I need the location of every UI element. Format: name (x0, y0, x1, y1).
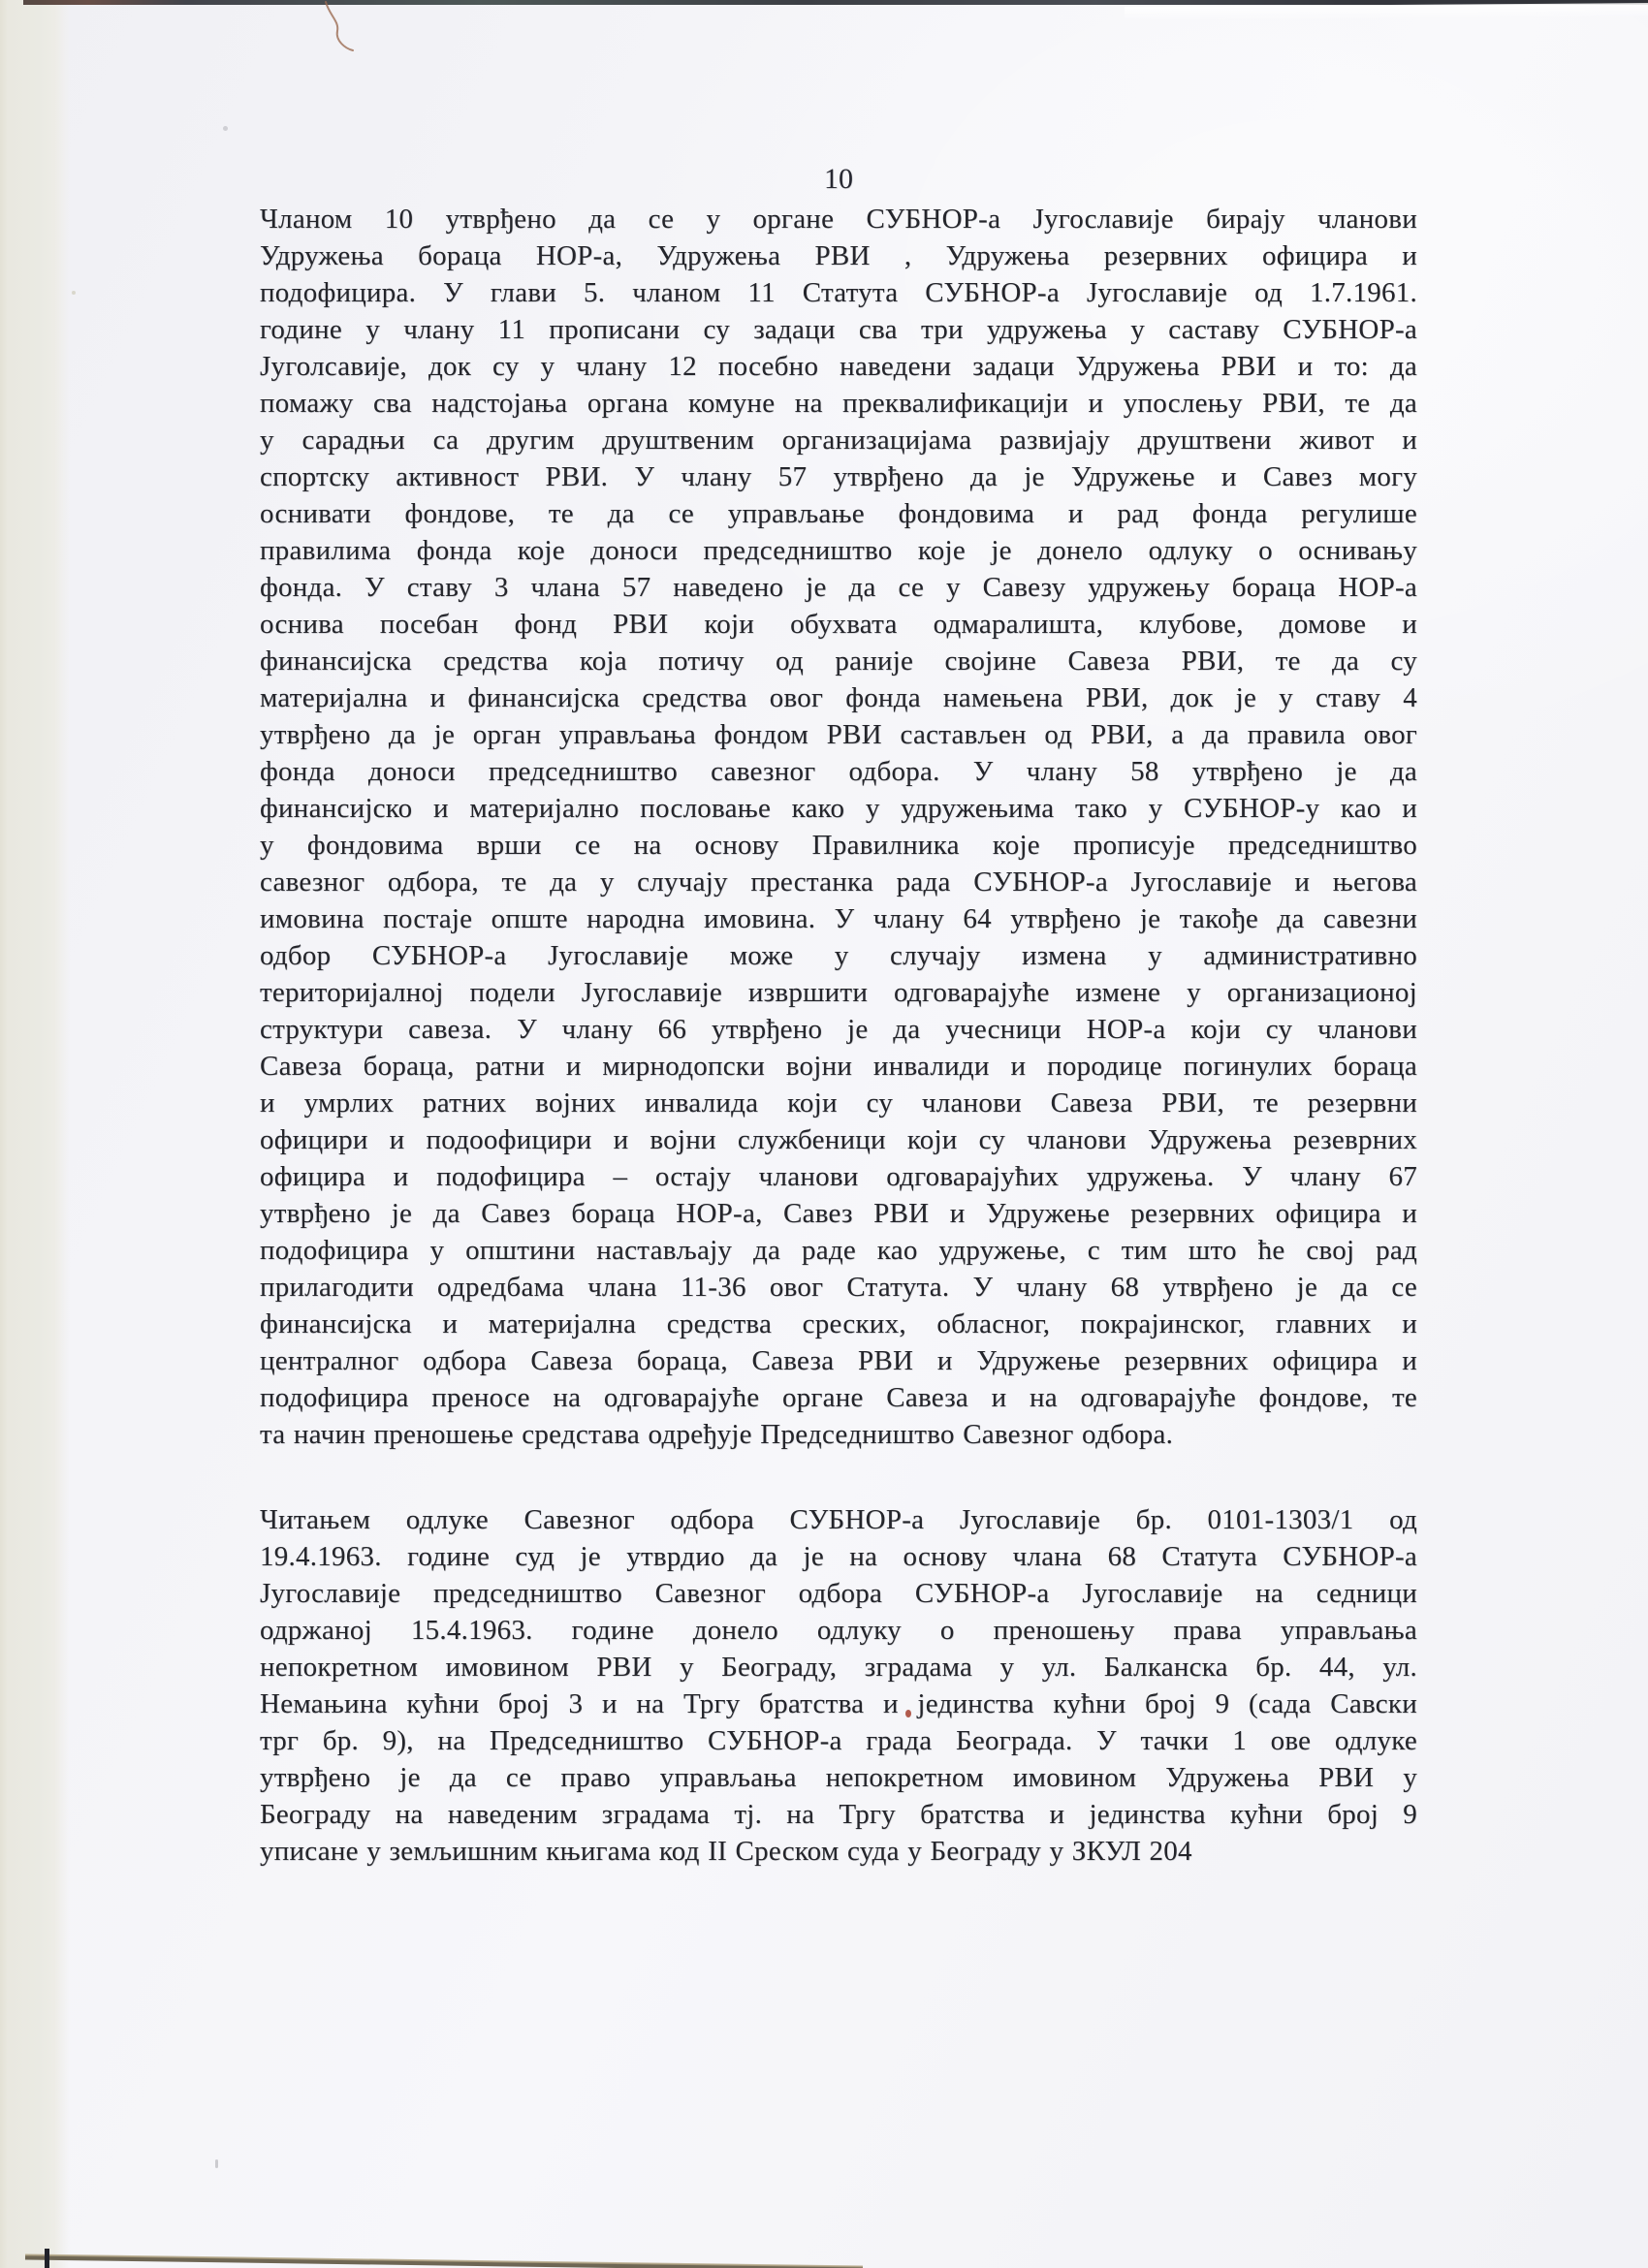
text-line: материјална и финансијска средства овог … (260, 679, 1417, 716)
text-line: године у члану 11 прописани су задаци св… (260, 311, 1417, 348)
text-line: Немањина кућни број 3 и на Тргу братства… (260, 1685, 1417, 1722)
text-line: савезног одбора, те да у случају престан… (260, 864, 1417, 900)
text-line: утврђено је да се право управљања непокр… (260, 1759, 1417, 1796)
page-bottom-edge-shadow (0, 2245, 892, 2268)
text-line: територијалној подели Југославије изврши… (260, 974, 1417, 1011)
text-line: Југославије председништво Савезног одбор… (260, 1575, 1417, 1612)
text-line: финансијска средства која потичу од рани… (260, 643, 1417, 679)
text-line: подофицира преносе на одговарајуће орган… (260, 1379, 1417, 1416)
text-line: Читањем одлуке Савезног одбора СУБНОР-а … (260, 1501, 1417, 1538)
text-line: подофицира. У глави 5. чланом 11 Статута… (260, 274, 1417, 311)
text-line: и умрлих ратних војних инвалида који су … (260, 1085, 1417, 1121)
text-line: официри и подоофицири и војни службеници… (260, 1121, 1417, 1158)
text-line: утврђено да је орган управљања фондом РВ… (260, 716, 1417, 753)
text-line: фонда доноси председништво савезног одбо… (260, 753, 1417, 790)
text-line: Београду на наведеним зградама тј. на Тр… (260, 1796, 1417, 1833)
text-line: Удружења бораца НОР-а, Удружења РВИ , Уд… (260, 237, 1417, 274)
text-line: правилима фонда које доноси председништв… (260, 532, 1417, 569)
text-line: прилагодити одредбама члана 11-36 овог С… (260, 1269, 1417, 1306)
text-line: одбор СУБНОР-а Југославије може у случај… (260, 937, 1417, 974)
text-line: структури савеза. У члану 66 утврђено је… (260, 1011, 1417, 1048)
scanned-document-page: 10 Чланом 10 утврђено да се у органе СУБ… (0, 0, 1648, 2268)
red-ink-speck-artifact (905, 1710, 911, 1717)
text-line: непокретном имовином РВИ у Београду, згр… (260, 1649, 1417, 1685)
text-line: финансијско и материјално пословање како… (260, 790, 1417, 827)
text-line: у фондовима врши се на основу Правилника… (260, 827, 1417, 864)
document-text-block: Чланом 10 утврђено да се у органе СУБНОР… (260, 201, 1417, 1870)
text-line: имовина постаје опште народна имовина. У… (260, 900, 1417, 937)
text-line: Чланом 10 утврђено да се у органе СУБНОР… (260, 201, 1417, 237)
text-line: та начин преношење средстава одређује Пр… (260, 1416, 1417, 1453)
text-line: оснива посебан фонд РВИ који обухвата од… (260, 606, 1417, 643)
text-line: оснивати фондове, те да се управљање фон… (260, 495, 1417, 532)
text-line: утврђено је да Савез бораца НОР-а, Савез… (260, 1195, 1417, 1232)
text-line: Савеза бораца, ратни и мирнодопски војни… (260, 1048, 1417, 1085)
text-line: финансијска и материјална средства среск… (260, 1306, 1417, 1342)
paragraph-decision-reading: Читањем одлуке Савезног одбора СУБНОР-а … (260, 1501, 1417, 1870)
dust-fiber-artifact (310, 0, 388, 62)
text-line: трг бр. 9), на Председништво СУБНОР-а гр… (260, 1722, 1417, 1759)
gray-speck-artifact (72, 291, 76, 295)
paragraph-statute-articles: Чланом 10 утврђено да се у органе СУБНОР… (260, 201, 1417, 1453)
text-line: спортску активност РВИ. У члану 57 утврђ… (260, 458, 1417, 495)
text-line: централног одбора Савеза бораца, Савеза … (260, 1342, 1417, 1379)
text-line: уписане у земљишним књигама код II Среск… (260, 1833, 1417, 1870)
text-line: у сарадњи са другим друштвеним организац… (260, 422, 1417, 458)
page-number: 10 (260, 161, 1417, 198)
text-line: помажу сва надстојања органа комуне на п… (260, 385, 1417, 422)
text-line: фонда. У ставу 3 члана 57 наведено је да… (260, 569, 1417, 606)
gray-speck-artifact (223, 126, 228, 131)
text-line: 19.4.1963. године суд је утврдио да је н… (260, 1538, 1417, 1575)
text-line: одржаној 15.4.1963. године донело одлуку… (260, 1612, 1417, 1649)
bottom-edge-tick-mark (45, 2249, 49, 2268)
page-top-edge-highlight (1125, 3, 1648, 21)
scanner-bed-margin-strip (0, 0, 70, 2268)
gray-speck-artifact (215, 2159, 218, 2168)
text-line: официра и подофицира – остају чланови од… (260, 1158, 1417, 1195)
text-line: подофицира у општини настављају да раде … (260, 1232, 1417, 1269)
text-line: Југолсавије, док су у члану 12 посебно н… (260, 348, 1417, 385)
